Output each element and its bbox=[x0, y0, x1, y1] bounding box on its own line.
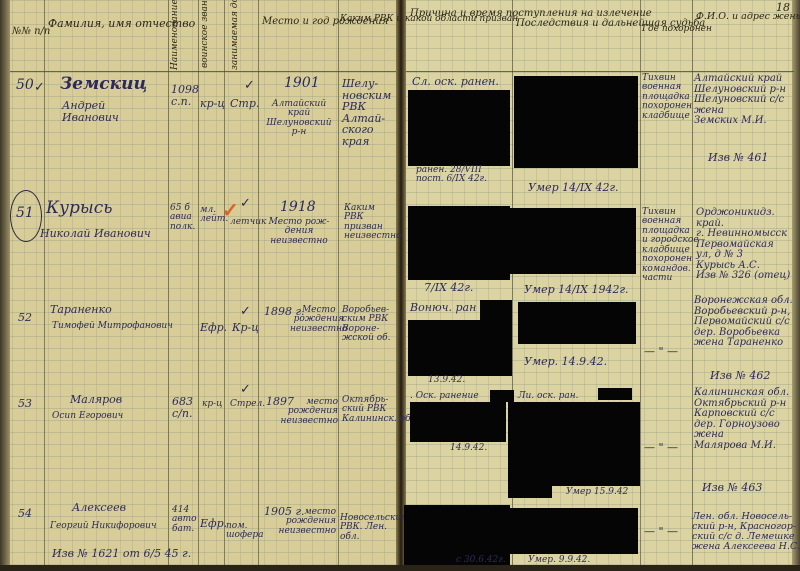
row-51-position: летчик bbox=[230, 218, 266, 227]
redaction-block bbox=[408, 206, 510, 280]
book-edge-left bbox=[0, 0, 10, 571]
row-52-draft: Воробьев- ским РВК Вороне- жской об. bbox=[342, 306, 391, 344]
column-rule bbox=[224, 0, 225, 571]
row-50-number: 50 bbox=[16, 78, 34, 93]
row-51-kin: Орджоникидз. край. г. Невинномысск Перво… bbox=[696, 208, 790, 282]
row-53-draft: Октябрь- ский РВК Калининск. обл. bbox=[342, 396, 419, 424]
page-number: 18 bbox=[776, 2, 790, 15]
row-51-fate: Умер 14/IX 1942г. bbox=[524, 284, 629, 296]
check-icon: ✓ bbox=[240, 382, 251, 397]
row-52-cause-top: Вонюч. ран bbox=[410, 302, 476, 314]
check-icon: ✓ bbox=[34, 80, 45, 95]
row-50-burial: Тихвин военная площадка похоронен кладби… bbox=[642, 74, 692, 121]
header-birth: Место и год рождения bbox=[262, 16, 336, 28]
column-rule bbox=[640, 0, 641, 571]
header-rank: воинское звание bbox=[200, 8, 210, 68]
row-54-position: пом. шофера bbox=[226, 522, 263, 541]
row-50-fate: Умер 14/IX 42г. bbox=[528, 182, 619, 194]
row-53-number: 53 bbox=[18, 398, 32, 410]
row-52-cause-bottom: 13.9.42. bbox=[428, 376, 465, 385]
redaction-block bbox=[490, 390, 514, 402]
row-50-surname: Земскиц bbox=[60, 76, 147, 94]
row-50-cause-top: Сл. оск. ранен. bbox=[412, 76, 499, 88]
row-53-fate-top: Ли. оск. ран. bbox=[518, 392, 579, 401]
row-54-birth-place: место рождения неизвестно bbox=[270, 508, 336, 536]
row-51-surname: Курысь bbox=[46, 200, 113, 218]
row-50-cause-bottom: ранен. 28/VIII пост. 6/IX 42г. bbox=[416, 166, 487, 185]
row-51-draft: Каким РВК призван неизвестно bbox=[344, 204, 401, 242]
row-53-birth-place: место рождения неизвестно bbox=[264, 398, 338, 426]
redaction-block bbox=[518, 302, 636, 344]
header-cause: Причина и время поступления на излечение bbox=[410, 8, 510, 20]
row-53-fate: Умер 15.9.42 bbox=[566, 488, 628, 497]
header-draft: Каким РВК и какой области призван bbox=[340, 14, 396, 24]
header-fate: Последствия и дальнейшая судьба bbox=[516, 18, 636, 30]
row-52-number: 52 bbox=[18, 312, 32, 324]
column-rule bbox=[692, 0, 693, 571]
row-50-position: Стр. bbox=[230, 98, 259, 110]
row-52-position: Кр-ц bbox=[232, 322, 259, 334]
row-51-given: Николай Иванович bbox=[40, 228, 151, 240]
row-52-given: Тимофей Митрофанович bbox=[52, 322, 173, 331]
column-rule bbox=[168, 0, 169, 571]
redaction-block bbox=[598, 388, 632, 400]
row-50-notice: Изв № 461 bbox=[708, 152, 768, 164]
row-52-notice: Изв № 462 bbox=[710, 370, 770, 382]
row-54-kin: Лен. обл. Новосель- ский р-н, Красногор-… bbox=[692, 512, 800, 552]
header-rule bbox=[406, 71, 794, 72]
row-54-notice: Изв № 1621 от 6/5 45 г. bbox=[52, 548, 191, 560]
redaction-block bbox=[408, 320, 512, 376]
check-icon: ✓ bbox=[244, 78, 255, 93]
row-50-unit: 1098 с.п. bbox=[171, 84, 199, 107]
row-53-rank: кр-ц bbox=[202, 400, 222, 409]
row-53-kin: Калининская обл. Октябрьский р-н Карповс… bbox=[694, 388, 789, 451]
row-50-kin: Алтайский край Шелуновский р-н Шелуновск… bbox=[694, 74, 786, 127]
row-50-rank: кр-ц bbox=[200, 98, 225, 110]
row-52-fate: Умер. 14.9.42. bbox=[524, 356, 607, 368]
redaction-block bbox=[410, 402, 506, 442]
redaction-block bbox=[510, 208, 636, 274]
row-50-birth-year: 1901 bbox=[284, 76, 320, 91]
redaction-block bbox=[510, 508, 638, 554]
check-icon: ✓ bbox=[240, 196, 251, 211]
row-52-birth-place: Место рождения неизвестно bbox=[290, 306, 347, 334]
row-53-cause-bottom: 14.9.42. bbox=[450, 444, 487, 453]
row-54-rank: Ефр. bbox=[200, 518, 227, 530]
row-52-burial: — " — bbox=[644, 346, 678, 358]
row-54-draft: Новосельским РВК. Лен. обл. bbox=[340, 514, 409, 542]
redaction-block bbox=[508, 402, 640, 486]
row-54-surname: Алексеев bbox=[72, 502, 126, 514]
ledger-spread: №№ п/п Фамилия, имя отчество Наименовани… bbox=[0, 0, 800, 571]
check-icon: ✓ bbox=[240, 304, 251, 319]
book-edge-right bbox=[792, 0, 800, 571]
row-52-kin: Воронежская обл. Воробьевский р-н, Перво… bbox=[694, 296, 793, 349]
row-51-cause-bottom: 7/IX 42г. bbox=[424, 282, 473, 294]
redaction-block bbox=[508, 486, 552, 498]
row-50-draft: Шелу- новским РВК Алтай- ского края bbox=[342, 78, 391, 147]
row-50-birth-place: Алтайский край Шелуновский р-н bbox=[262, 100, 336, 138]
row-51-unit: 65 б авиа полк. bbox=[170, 204, 195, 232]
row-53-position: Стрел. bbox=[230, 400, 265, 409]
row-51-birth-place: Место рож- дения неизвестно bbox=[262, 218, 336, 246]
row-53-unit: 683 с/п. bbox=[172, 396, 193, 419]
row-52-rank: Ефр. bbox=[200, 322, 227, 334]
header-unit: Наименование части bbox=[170, 4, 180, 70]
row-50-given: Андрей Иванович bbox=[62, 100, 119, 123]
row-51-number: 51 bbox=[16, 206, 34, 221]
book-gutter bbox=[396, 0, 406, 571]
redaction-block bbox=[408, 90, 510, 166]
header-num: №№ п/п bbox=[12, 26, 42, 38]
column-rule bbox=[338, 0, 339, 571]
row-53-burial: — " — bbox=[644, 442, 678, 454]
row-54-number: 54 bbox=[18, 508, 32, 520]
book-bottom-edge bbox=[0, 565, 800, 571]
header-burial: Где похоронен bbox=[642, 24, 690, 34]
row-53-notice: Изв № 463 bbox=[702, 482, 762, 494]
column-rule bbox=[258, 0, 259, 571]
redaction-block bbox=[514, 76, 638, 168]
row-53-surname: Маляров bbox=[70, 394, 122, 406]
header-rule bbox=[10, 71, 396, 72]
row-53-given: Осип Егорович bbox=[52, 412, 123, 421]
redaction-block bbox=[480, 300, 512, 320]
row-54-burial: — " — bbox=[644, 526, 678, 538]
header-name: Фамилия, имя отчество bbox=[48, 18, 166, 31]
row-51-burial: Тихвин военная площадка и городское клад… bbox=[642, 208, 699, 284]
row-52-surname: Тараненко bbox=[50, 304, 112, 316]
header-position: занимаемая должность bbox=[230, 4, 240, 70]
row-54-given: Георгий Никифорович bbox=[50, 522, 157, 531]
row-51-birth-year: 1918 bbox=[280, 200, 316, 215]
row-54-unit: 414 авто бат. bbox=[172, 506, 197, 534]
row-53-cause-top: . Оск. ранение bbox=[410, 392, 479, 401]
